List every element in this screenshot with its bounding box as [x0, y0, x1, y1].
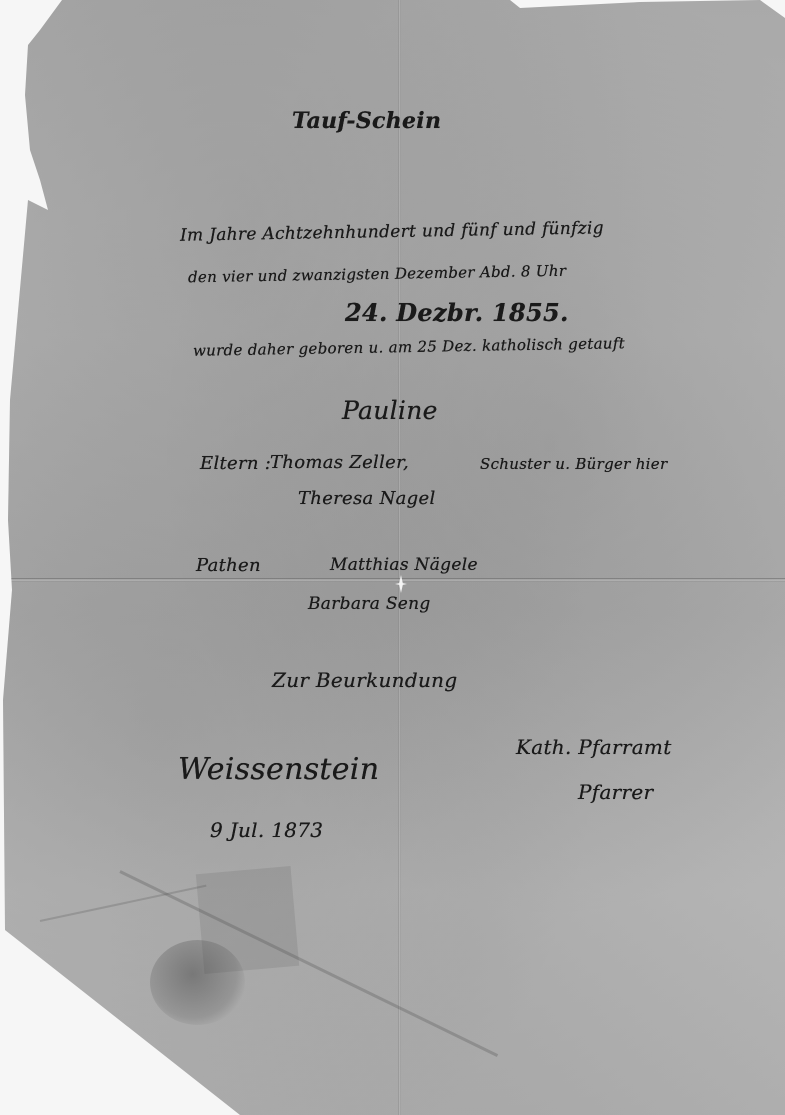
signature-title: Kath. Pfarramt: [516, 735, 672, 759]
father-name: Thomas Zeller,: [270, 452, 409, 473]
signature-name: Pfarrer: [578, 780, 653, 804]
paper-sheet: Tauf-Schein Im Jahre Achtzehnhundert und…: [0, 0, 785, 1115]
horizontal-fold-line: [10, 578, 785, 582]
godparents-label: Pathen: [196, 555, 261, 576]
mother-name: Theresa Nagel: [298, 488, 436, 509]
issue-date: 9 Jul. 1873: [210, 818, 323, 842]
godparent-2: Barbara Seng: [308, 594, 431, 614]
issue-place: Weissenstein: [178, 752, 379, 787]
scanned-document: Tauf-Schein Im Jahre Achtzehnhundert und…: [0, 0, 785, 1115]
parents-label: Eltern :: [200, 453, 271, 474]
seal-impression: [150, 940, 245, 1025]
body-line-year: Im Jahre Achtzehnhundert und fünf und fü…: [180, 218, 604, 245]
godparent-1: Matthias Nägele: [330, 555, 478, 575]
father-occupation: Schuster u. Bürger hier: [480, 455, 667, 473]
body-line-baptism: wurde daher geboren u. am 25 Dez. kathol…: [193, 334, 625, 360]
attestation-line: Zur Beurkundung: [272, 668, 457, 692]
child-name: Pauline: [342, 396, 438, 425]
birth-date: 24. Dezbr. 1855.: [345, 298, 569, 327]
body-line-day: den vier und zwanzigsten Dezember Abd. 8…: [188, 262, 567, 287]
document-title: Tauf-Schein: [292, 108, 441, 134]
